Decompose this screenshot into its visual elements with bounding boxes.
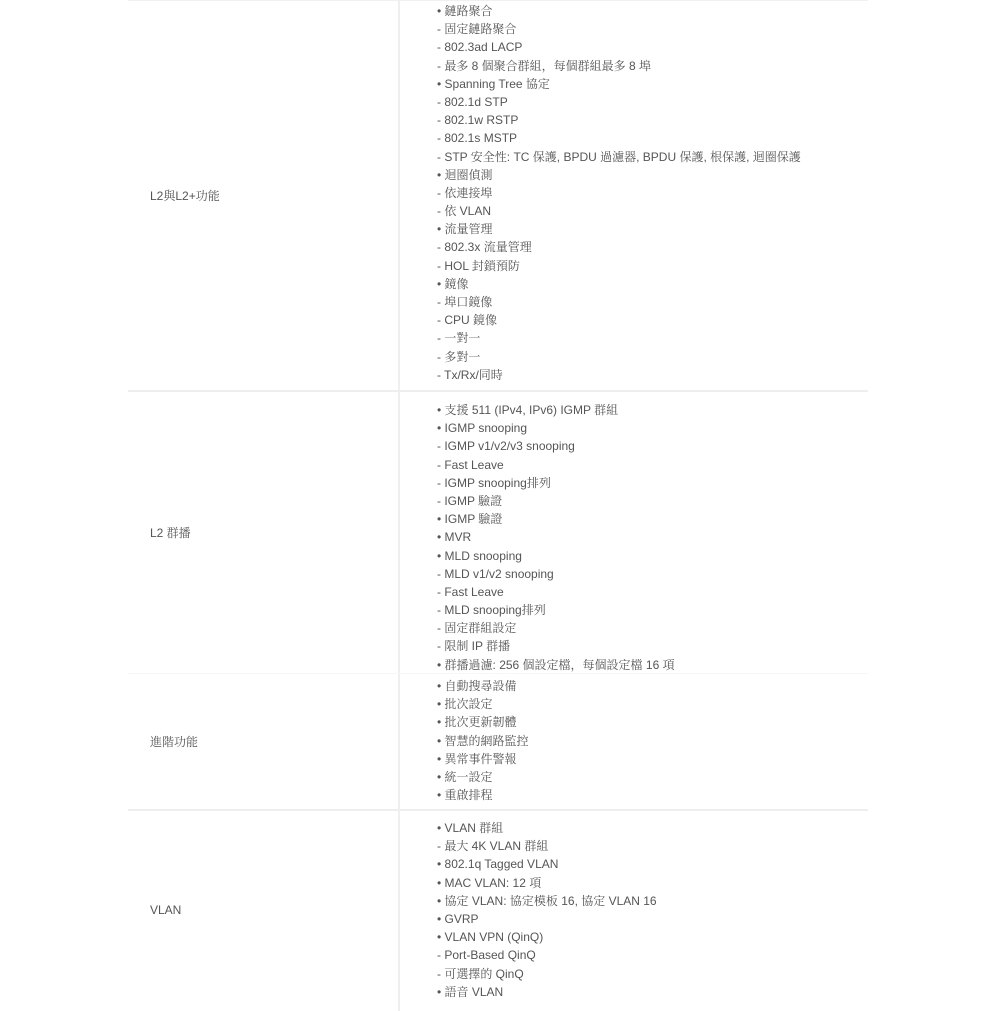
spec-label: 進階功能 — [128, 674, 400, 809]
list-item: • 重啟排程 — [437, 786, 868, 804]
spec-values: • 支援 511 (IPv4, IPv6) IGMP 群組 • IGMP sno… — [400, 392, 868, 673]
list-item: - 802.3ad LACP — [437, 38, 868, 56]
list-item: - 802.1w RSTP — [437, 111, 868, 129]
list-item: • 流量管理 — [437, 220, 868, 238]
list-item: • IGMP snooping — [437, 419, 868, 437]
list-item: - IGMP snooping排列 — [437, 474, 868, 492]
spec-label: L2與L2+功能 — [128, 1, 400, 390]
list-item: • 支援 511 (IPv4, IPv6) IGMP 群組 — [437, 401, 868, 419]
list-item: • 群播過濾: 256 個設定檔，每個設定檔 16 項 — [437, 656, 868, 674]
spec-label: L2 群播 — [128, 392, 400, 673]
list-item: - 依連接埠 — [437, 184, 868, 202]
list-item: - 802.3x 流量管理 — [437, 238, 868, 256]
list-item: - 802.1s MSTP — [437, 129, 868, 147]
list-item: • MVR — [437, 528, 868, 546]
spec-row-l2-features: L2與L2+功能 • 鏈路聚合 - 固定鏈路聚合 - 802.3ad LACP … — [128, 1, 868, 392]
list-item: • 批次設定 — [437, 695, 868, 713]
list-item: • MLD snooping — [437, 547, 868, 565]
list-item: • 鏈路聚合 — [437, 2, 868, 20]
spec-values: • VLAN 群組 - 最大 4K VLAN 群組 • 802.1q Tagge… — [400, 811, 868, 1000]
list-item: • 批次更新韌體 — [437, 713, 868, 731]
list-item: • GVRP — [437, 910, 868, 928]
list-item: - 多對一 — [437, 348, 868, 366]
list-item: - 埠口鏡像 — [437, 293, 868, 311]
list-item: - IGMP v1/v2/v3 snooping — [437, 437, 868, 455]
list-item: - 最大 4K VLAN 群組 — [437, 837, 868, 855]
spec-values: • 自動搜尋設備 • 批次設定 • 批次更新韌體 • 智慧的網路監控 • 異常事… — [400, 674, 868, 809]
list-item: - Fast Leave — [437, 583, 868, 601]
list-item: - Tx/Rx/同時 — [437, 366, 868, 384]
list-item: • 迴圈偵測 — [437, 166, 868, 184]
spec-values: • 鏈路聚合 - 固定鏈路聚合 - 802.3ad LACP - 最多 8 個聚… — [400, 1, 868, 390]
list-item: - 限制 IP 群播 — [437, 637, 868, 655]
list-item: • MAC VLAN: 12 項 — [437, 874, 868, 892]
spec-row-vlan: VLAN • VLAN 群組 - 最大 4K VLAN 群組 • 802.1q … — [128, 811, 868, 1000]
list-item: - CPU 鏡像 — [437, 311, 868, 329]
list-item: • 統一設定 — [437, 768, 868, 786]
list-item: • 語音 VLAN — [437, 983, 868, 1000]
list-item: - HOL 封鎖預防 — [437, 257, 868, 275]
list-item: • 協定 VLAN: 協定模板 16, 協定 VLAN 16 — [437, 892, 868, 910]
list-item: - MLD snooping排列 — [437, 601, 868, 619]
list-item: - MLD v1/v2 snooping — [437, 565, 868, 583]
list-item: • IGMP 驗證 — [437, 510, 868, 528]
list-item: - Port-Based QinQ — [437, 946, 868, 964]
list-item: • 異常事件警報 — [437, 750, 868, 768]
list-item: • 鏡像 — [437, 275, 868, 293]
list-item: - 依 VLAN — [437, 202, 868, 220]
list-item: • 自動搜尋設備 — [437, 677, 868, 695]
list-item: - 固定鏈路聚合 — [437, 20, 868, 38]
list-item: - 802.1d STP — [437, 93, 868, 111]
spec-row-l2-multicast: L2 群播 • 支援 511 (IPv4, IPv6) IGMP 群組 • IG… — [128, 392, 868, 674]
list-item: - Fast Leave — [437, 456, 868, 474]
spec-row-advanced-features: 進階功能 • 自動搜尋設備 • 批次設定 • 批次更新韌體 • 智慧的網路監控 … — [128, 674, 868, 811]
list-item: - 最多 8 個聚合群組，每個群組最多 8 埠 — [437, 57, 868, 75]
list-item: • 智慧的網路監控 — [437, 732, 868, 750]
list-item: • Spanning Tree 協定 — [437, 75, 868, 93]
list-item: • 802.1q Tagged VLAN — [437, 855, 868, 873]
list-item: - 一對一 — [437, 329, 868, 347]
list-item: - 固定群組設定 — [437, 619, 868, 637]
list-item: - IGMP 驗證 — [437, 492, 868, 510]
spec-table: L2與L2+功能 • 鏈路聚合 - 固定鏈路聚合 - 802.3ad LACP … — [128, 0, 868, 1000]
spec-label: VLAN — [128, 811, 400, 1000]
list-item: • VLAN VPN (QinQ) — [437, 928, 868, 946]
list-item: - 可選擇的 QinQ — [437, 965, 868, 983]
list-item: • VLAN 群組 — [437, 819, 868, 837]
list-item: - STP 安全性: TC 保護, BPDU 過濾器, BPDU 保護, 根保護… — [437, 148, 868, 166]
